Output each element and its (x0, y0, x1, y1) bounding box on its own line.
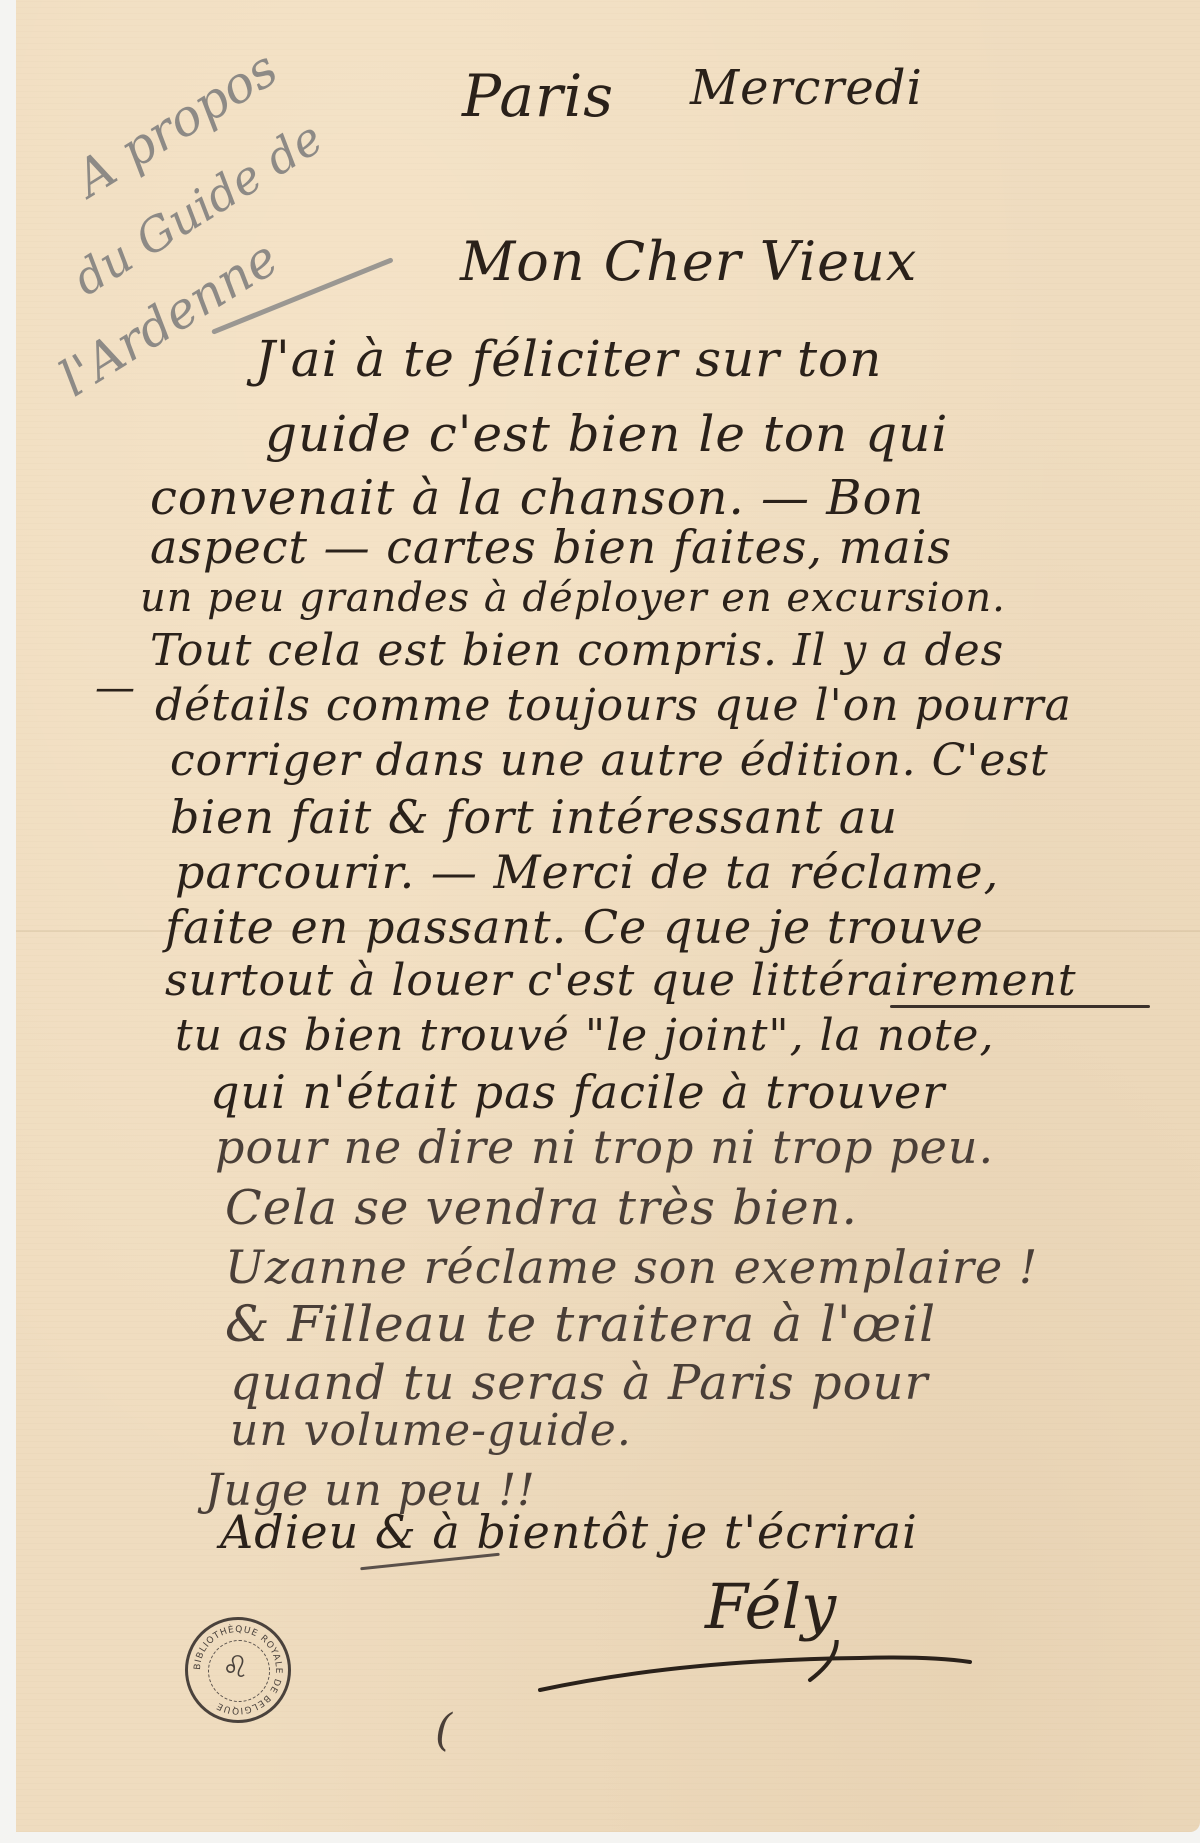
body-line-4: aspect — cartes bien faites, mais (150, 520, 952, 574)
body-line-11: faite en passant. Ce que je trouve (165, 900, 984, 954)
body-line-17: Uzanne réclame son exemplaire ! (225, 1240, 1038, 1294)
body-line-8: corriger dans une autre édition. C'est (170, 735, 1049, 786)
body-line-1: J'ai à te féliciter sur ton (255, 330, 882, 388)
body-line-20: un volume-guide. (230, 1405, 632, 1456)
signature-flourish (530, 1640, 1030, 1700)
library-stamp: BIBLIOTHÈQUE ROYALE DE BELGIQUE ♌ (185, 1617, 291, 1723)
body-line-12: surtout à louer c'est que littérairement (165, 955, 1077, 1006)
margin-dash: — (95, 665, 136, 711)
body-line-7: détails comme toujours que l'on pourra (155, 680, 1072, 731)
body-line-15: pour ne dire ni trop ni trop peu. (215, 1120, 994, 1174)
body-line-9: bien fait & fort intéressant au (170, 790, 898, 844)
closing: Adieu & à bientôt je t'écrirai (220, 1505, 918, 1559)
body-line-18: & Filleau te traitera à l'œil (225, 1295, 936, 1353)
salutation: Mon Cher Vieux (460, 230, 917, 293)
body-line-19: quand tu seras à Paris pour (230, 1355, 928, 1411)
bottom-mark: ( (435, 1705, 453, 1756)
body-line-14: qui n'était pas facile à trouver (210, 1065, 945, 1119)
body-line-5: un peu grandes à déployer en excursion. (140, 575, 1006, 621)
body-line-16: Cela se vendra très bien. (225, 1180, 858, 1236)
body-line-10: parcourir. — Merci de ta réclame, (175, 845, 999, 899)
litterairement-underline (890, 1005, 1150, 1008)
letter-place: Paris (462, 62, 614, 130)
body-line-2: guide c'est bien le ton qui (265, 405, 948, 463)
lion-emblem-icon: ♌ (222, 1650, 249, 1685)
signature: Fély (705, 1570, 836, 1643)
body-line-6: Tout cela est bien compris. Il y a des (150, 625, 1004, 676)
body-line-3: convenait à la chanson. — Bon (150, 470, 924, 526)
letter-day: Mercredi (690, 60, 923, 116)
body-line-13: tu as bien trouvé "le joint", la note, (175, 1010, 994, 1061)
